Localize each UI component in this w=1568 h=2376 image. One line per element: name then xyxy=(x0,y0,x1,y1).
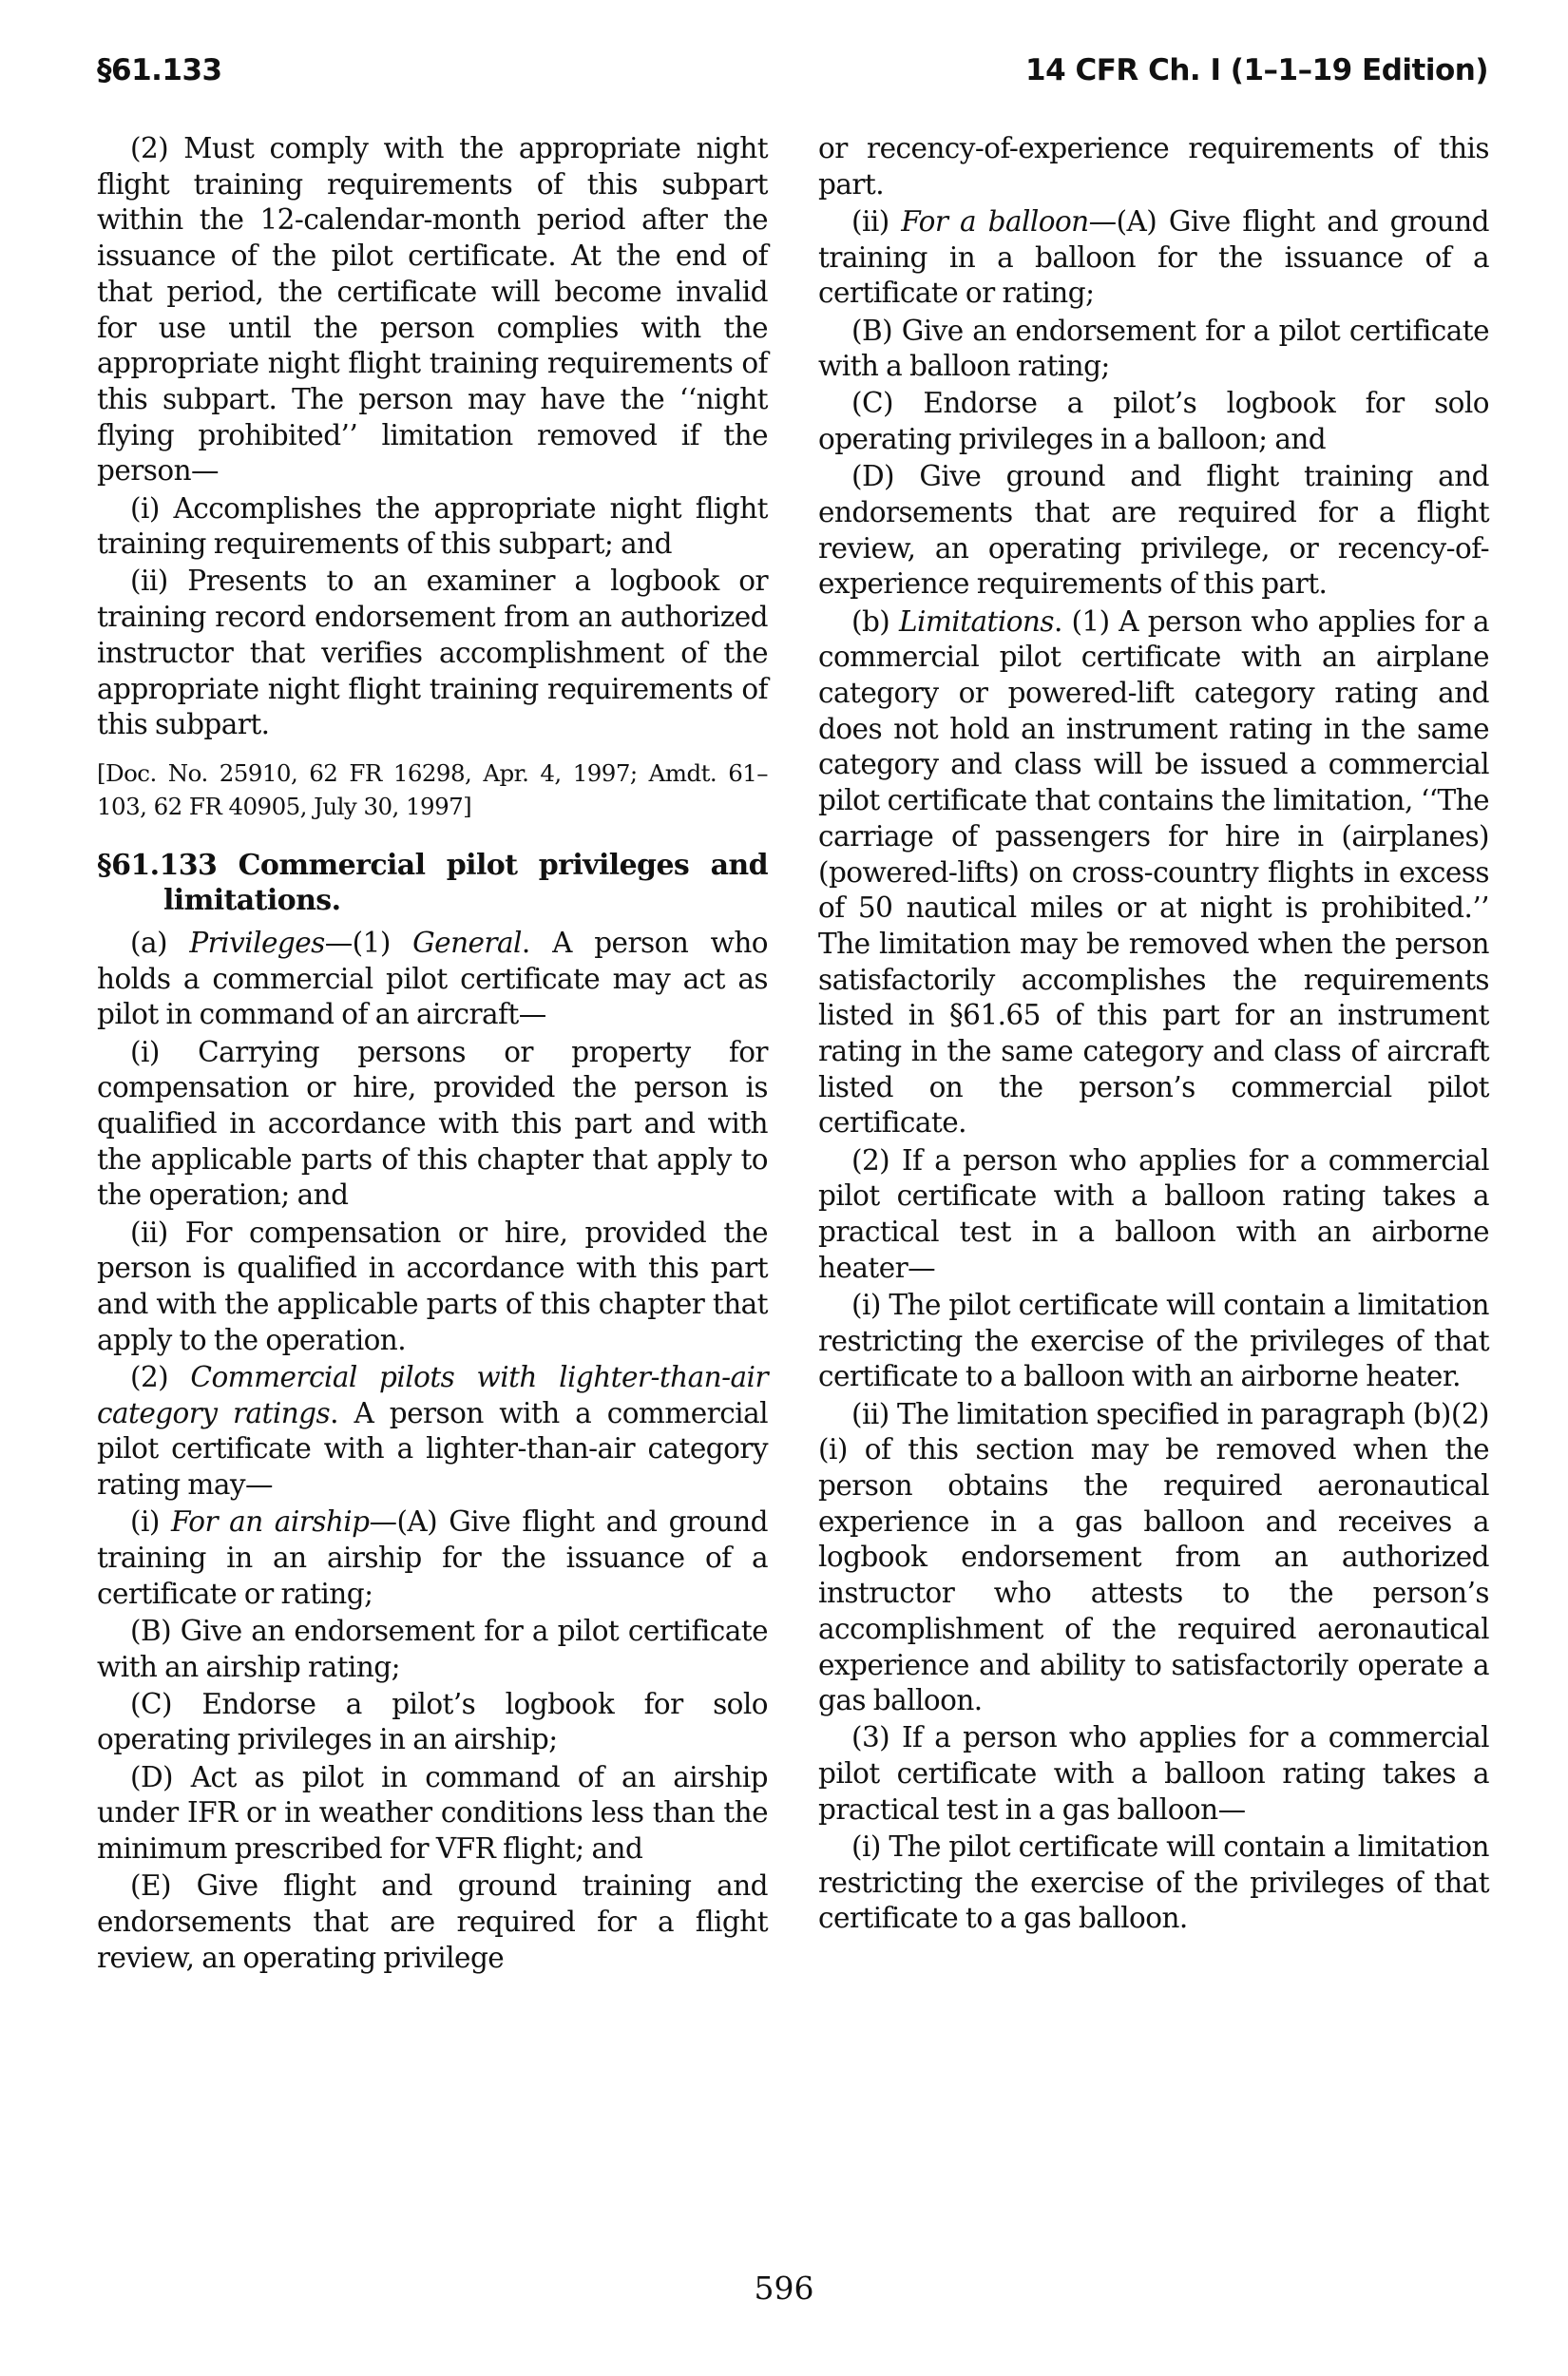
left-column: (2) Must comply with the appropriate nig… xyxy=(97,131,768,1978)
running-head-edition: 14 CFR Ch. I (1–1–19 Edition) xyxy=(1025,53,1488,87)
paragraph-airship-c: (C) Endorse a pilot’s logbook for solo o… xyxy=(97,1687,768,1758)
text: (b) xyxy=(851,605,899,638)
text: —(1) xyxy=(325,927,412,959)
paragraph-b-3: (3) If a person who applies for a commer… xyxy=(818,1720,1489,1828)
source-citation: [Doc. No. 25910, 62 FR 16298, Apr. 4, 19… xyxy=(97,757,768,823)
paragraph-b-2-ii: (ii) The limitation specified in paragra… xyxy=(818,1397,1489,1719)
page-number: 596 xyxy=(0,2270,1568,2307)
text: (2) xyxy=(130,1361,190,1393)
text: (i) xyxy=(130,1505,171,1538)
running-head-section: §61.133 xyxy=(97,53,222,87)
italic-term-balloon: For a balloon xyxy=(901,205,1088,238)
paragraph-b-2-i: (i) The pilot certificate will contain a… xyxy=(818,1288,1489,1395)
paragraph-balloon-b: (B) Give an endorsement for a pilot cert… xyxy=(818,314,1489,385)
paragraph-balloon-a: (ii) For a balloon—(A) Give flight and g… xyxy=(818,204,1489,312)
paragraph-night-flight: (2) Must comply with the appropriate nig… xyxy=(97,131,768,489)
paragraph-a-ii: (ii) For compensation or hire, provided … xyxy=(97,1216,768,1359)
paragraph-b-2: (2) If a person who applies for a commer… xyxy=(818,1143,1489,1287)
paragraph-balloon-d: (D) Give ground and flight training and … xyxy=(818,459,1489,603)
paragraph-airship-d: (D) Act as pilot in command of an airshi… xyxy=(97,1760,768,1868)
italic-term-airship: For an airship xyxy=(171,1505,370,1538)
paragraph-a-i: (i) Carrying persons or property for com… xyxy=(97,1035,768,1215)
paragraph-b-3-i: (i) The pilot certificate will contain a… xyxy=(818,1830,1489,1937)
right-column: or recency-of-experience requirements of… xyxy=(818,131,1489,1939)
italic-term-general: General xyxy=(412,927,522,959)
paragraph-balloon-c: (C) Endorse a pilot’s logbook for solo o… xyxy=(818,386,1489,457)
text: (ii) xyxy=(851,205,901,238)
paragraph-a-2: (2) Commercial pilots with lighter-than-… xyxy=(97,1360,768,1504)
paragraph-a-privileges: (a) Privileges—(1) General. A person who… xyxy=(97,926,768,1033)
paragraph-airship-a: (i) For an airship—(A) Give flight and g… xyxy=(97,1504,768,1612)
paragraph-b-limitations: (b) Limitations. (1) A person who applie… xyxy=(818,604,1489,1142)
section-heading: §61.133 Commercial pilot privileges and … xyxy=(97,848,768,918)
paragraph-accomplishes: (i) Accomplishes the appropriate night f… xyxy=(97,491,768,563)
italic-term-privileges: Privileges xyxy=(189,927,324,959)
paragraph-airship-b: (B) Give an endorsement for a pilot cert… xyxy=(97,1614,768,1685)
text: . (1) A person who applies for a commerc… xyxy=(818,605,1489,1140)
paragraph-continuation: or recency-of-experience requirements of… xyxy=(818,131,1489,202)
italic-term-limitations: Limitations xyxy=(899,605,1054,638)
text: (a) xyxy=(130,927,189,959)
paragraph-airship-e: (E) Give flight and ground training and … xyxy=(97,1868,768,1976)
paragraph-presents: (ii) Presents to an examiner a logbook o… xyxy=(97,564,768,743)
